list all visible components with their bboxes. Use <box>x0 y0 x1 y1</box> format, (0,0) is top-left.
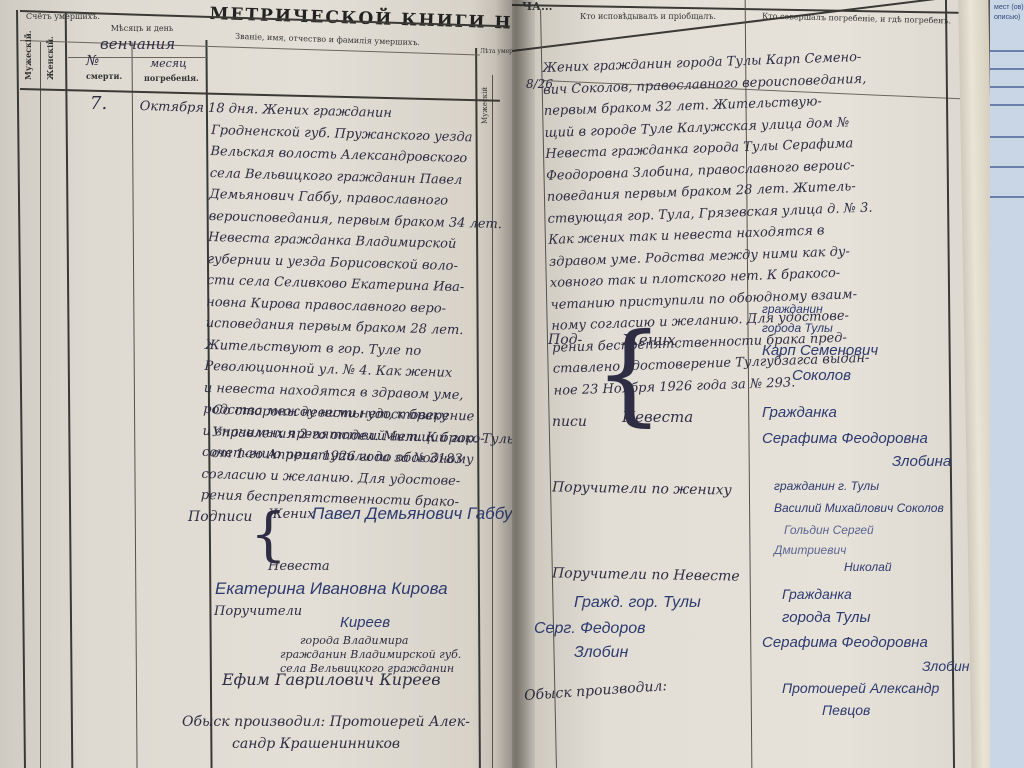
header-who-confessed: Кто исповѣдывалъ и пріобщалъ. <box>580 12 716 22</box>
groom-signature-block: гражданин города Тулы Карп Семенович Сок… <box>762 300 878 388</box>
book-spine-shadow <box>495 0 535 768</box>
officiant-signature: Протоиерей Александр Певцов <box>782 676 939 720</box>
sheet-text: описью) <box>994 14 1020 21</box>
text-line: Протоиерей Александр <box>782 676 939 700</box>
text-line: сандр Крашенинников <box>182 734 470 756</box>
signed-label-part2: писи <box>552 415 587 429</box>
text-line: Серг. Федоров <box>534 616 701 642</box>
header-male: Мужескій. <box>24 50 34 80</box>
header-who-buried: Кто совершалъ погребеніе, и гдѣ погребен… <box>762 12 951 27</box>
header-female: Женскій. <box>46 50 56 80</box>
groom-label: Жених <box>268 508 315 521</box>
text-line: гражданин г. Тулы <box>774 475 944 497</box>
sheet-rule <box>990 166 1024 168</box>
text-line: гражданин Владимирской губ. <box>280 648 461 662</box>
right-page: ЧА... Кто исповѣдывалъ и пріобщалъ. Кто … <box>512 0 982 768</box>
header-month-day: Мѣсяцъ и день <box>82 24 202 34</box>
text-line: Дмитриевич <box>774 541 944 559</box>
sheet-rule <box>990 86 1024 88</box>
signed-label-part1: Под- <box>548 333 582 347</box>
text-line: Злобина <box>782 656 977 676</box>
bride-signature: Екатерина Ивановна Кирова <box>215 580 448 597</box>
sheet-rule <box>990 50 1024 52</box>
groom-signature: Павел Демьянович Габбу <box>312 505 512 522</box>
text-line: Серафима Феодоровна <box>762 630 977 656</box>
text-line: Обыск производил: Протоиерей Алек- <box>182 712 470 734</box>
officiant-text: Обыск производил: Протоиерей Алек- сандр… <box>182 712 470 755</box>
text-line: Гражданка <box>782 582 977 606</box>
open-register-book: МЕТРИЧЕСКОЙ КНИГИ НА Счётъ умершихъ. Муж… <box>0 0 1024 768</box>
bride-signature-block: Гражданка Серафима Феодоровна Злобина <box>762 400 951 472</box>
sheet-rule <box>990 136 1024 138</box>
bride-label: Невеста <box>622 410 693 425</box>
signed-label: Подписи <box>188 510 252 524</box>
handwritten-number-correction: № <box>86 54 99 68</box>
left-page: МЕТРИЧЕСКОЙ КНИГИ НА Счётъ умершихъ. Муж… <box>0 0 512 768</box>
handwritten-month-correction: месяц <box>150 58 187 69</box>
bride-label: Невеста <box>268 560 330 573</box>
groom-label: Жених <box>622 333 676 348</box>
entry-number: 7. <box>90 95 107 113</box>
sheet-rule <box>990 196 1024 198</box>
sheet-rule <box>990 68 1024 70</box>
header-count-deceased: Счётъ умершихъ. <box>26 12 70 22</box>
bride-sureties-right: Гражданка города Тулы Серафима Феодоровн… <box>782 582 977 676</box>
bride-sureties-left: Гражд. гор. Тулы Серг. Федоров Злобин <box>574 590 701 664</box>
text-line: Гражд. гор. Тулы <box>574 590 701 616</box>
bride-sureties-label: Поручители по Невесте <box>552 566 740 583</box>
text-line: города Владимира <box>280 634 461 648</box>
text-line: гражданин <box>762 300 878 318</box>
text-line: Певцов <box>782 700 939 720</box>
text-line: города Тулы <box>762 318 878 338</box>
column-rule <box>16 10 26 768</box>
surety-signatures: Киреев города Владимира гражданин Владим… <box>280 612 461 676</box>
header-name: Званіе, имя, отчество и фамилія умершихъ… <box>235 32 420 48</box>
text-line: Гольдин Сергей <box>774 519 944 541</box>
header-death: смерти. <box>86 72 122 82</box>
officiant-label: Обыск производил: <box>524 679 668 703</box>
text-line: Гражданка <box>762 400 951 426</box>
column-rule <box>65 12 74 768</box>
groom-sureties-label: Поручители по жениху <box>552 480 732 497</box>
text-line: Серафима Феодоровна <box>762 426 951 452</box>
bride-document-text: Со стороны невесты удостоверение Управле… <box>211 400 512 472</box>
underlying-lined-sheet: мест (ов) описью) <box>990 0 1024 768</box>
text-line: Соколов <box>762 364 878 388</box>
text-line: Николай <box>774 559 944 575</box>
text-line: Злобин <box>574 642 701 664</box>
column-rule <box>40 42 41 768</box>
surety-signature: Ефим Гаврилович Киреев <box>222 672 441 688</box>
header-burial: погребенія. <box>144 74 199 84</box>
text-line: города Тулы <box>782 606 977 630</box>
text-line: Василий Михайлович Соколов <box>774 497 944 519</box>
groom-sureties-signatures: гражданин г. Тулы Василий Михайлович Сок… <box>774 475 944 575</box>
sheet-text: мест (ов) <box>994 4 1024 11</box>
sheet-rule <box>990 104 1024 106</box>
text-line: Киреев <box>280 612 461 634</box>
handwritten-wedding-correction: венчания <box>100 37 175 52</box>
text-line: Карп Семенович <box>762 338 878 364</box>
text-line: Злобина <box>762 452 951 472</box>
